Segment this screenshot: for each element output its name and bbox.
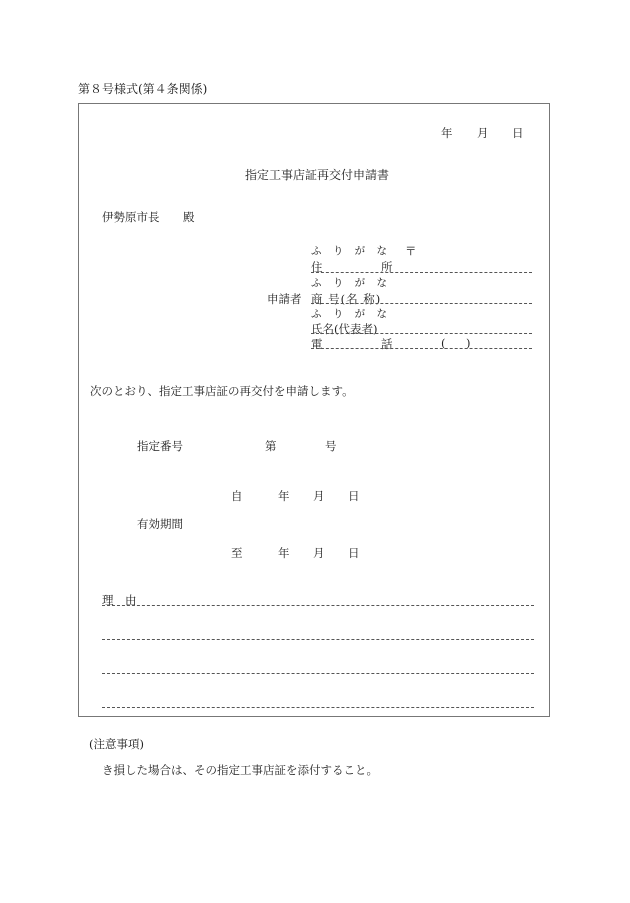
validity-to-month: 月	[313, 545, 325, 561]
reason-line-3[interactable]	[102, 673, 534, 674]
validity-to-year: 年	[278, 545, 290, 561]
furigana-representative: ふ り が な	[311, 306, 391, 321]
validity-from-month: 月	[313, 488, 325, 504]
date-day-label: 日	[512, 125, 524, 141]
phone-field[interactable]	[311, 348, 532, 349]
trade-name-field[interactable]	[311, 303, 532, 304]
phone-label-1: 電	[311, 336, 323, 352]
designation-suffix: 号	[325, 438, 337, 454]
phone-label-2: 話	[381, 336, 393, 352]
validity-from: 自	[231, 488, 243, 504]
reason-line-2[interactable]	[102, 639, 534, 640]
form-number: 第８号様式(第４条関係)	[78, 80, 207, 97]
validity-period-label: 有効期間	[137, 516, 183, 532]
addressee-honorific: 殿	[183, 209, 195, 225]
furigana-trade-name: ふ り が な	[311, 275, 391, 290]
validity-to-day: 日	[348, 545, 360, 561]
designation-number-label: 指定番号	[137, 438, 183, 454]
trade-name-label: 商 号(名 称)	[311, 291, 381, 307]
date-month-label: 月	[477, 125, 489, 141]
addressee-name: 伊勢原市長	[102, 209, 160, 225]
postal-mark: 〒	[405, 243, 417, 259]
address-field[interactable]	[311, 272, 532, 273]
application-statement: 次のとおり、指定工事店証の再交付を申請します。	[90, 383, 354, 399]
validity-to: 至	[231, 545, 243, 561]
representative-label: 氏名(代表者)	[311, 321, 377, 337]
validity-from-day: 日	[348, 488, 360, 504]
validity-from-year: 年	[278, 488, 290, 504]
designation-prefix: 第	[265, 438, 277, 454]
representative-field[interactable]	[311, 333, 532, 334]
notes-heading: (注意事項)	[89, 736, 144, 752]
document-title: 指定工事店証再交付申請書	[245, 166, 389, 183]
date-year-label: 年	[441, 125, 453, 141]
furigana-address: ふ り が な	[311, 243, 391, 258]
notes-text: き損した場合は、その指定工事店証を添付すること。	[102, 762, 378, 778]
form-frame	[78, 103, 550, 717]
applicant-label: 申請者	[267, 291, 302, 307]
reason-line-1[interactable]	[102, 605, 534, 606]
reason-line-4[interactable]	[102, 707, 534, 708]
